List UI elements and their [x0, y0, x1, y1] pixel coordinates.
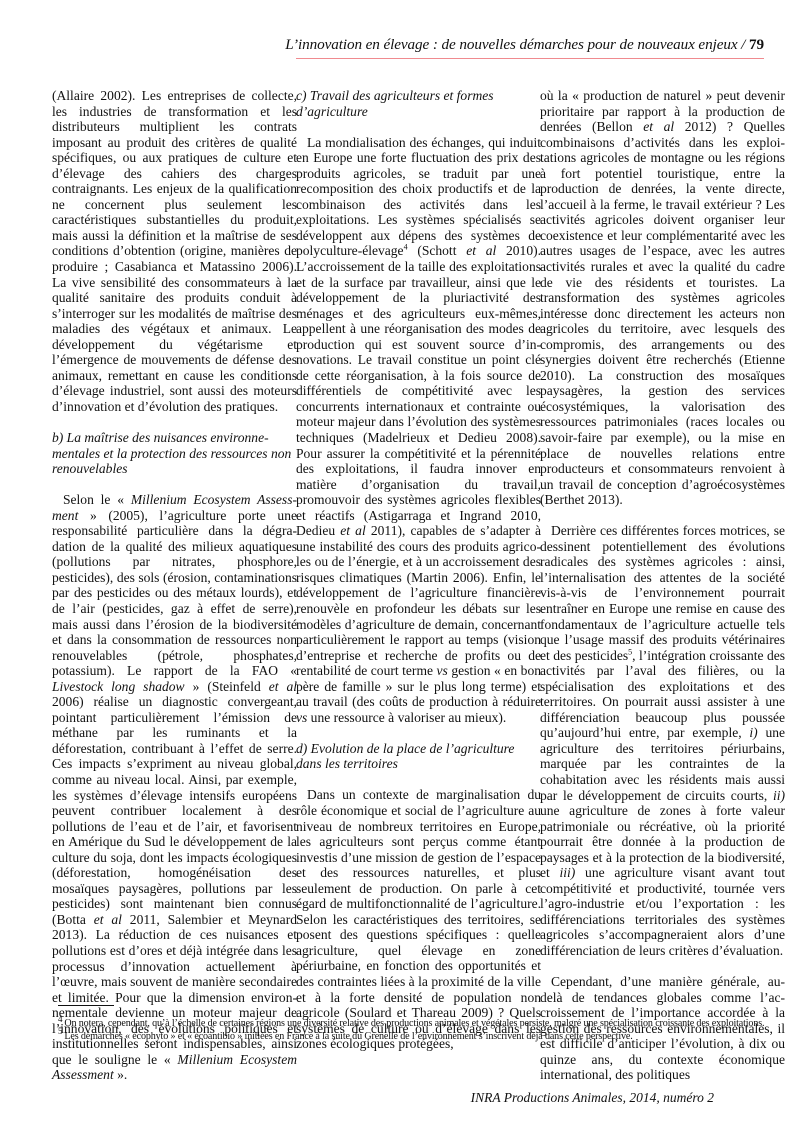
- footnote-text: On notera, cependant, qu’à l’échelle de …: [64, 1018, 764, 1029]
- paragraph: Dans un contexte de marginalisation du r…: [296, 787, 541, 1051]
- text-column-3: où la « production de naturel » peut dev…: [540, 88, 785, 1083]
- running-header: L’innovation en élevage : de nouvelles d…: [296, 36, 764, 59]
- header-title-text: L’innovation en élevage : de nouvelles d…: [285, 36, 745, 53]
- italic-etal: et al: [466, 243, 496, 258]
- text-run: La mondialisation des échanges, qui indu…: [296, 135, 541, 259]
- section-heading-c: c) Travail des agriculteurs et formes d’…: [296, 88, 541, 119]
- footnote-text: Les démarches « écophyto » et « écoantib…: [64, 1031, 632, 1042]
- text-run: 2011, Salembier et Meynard 2013). La réd…: [52, 912, 297, 1067]
- section-heading-d: d) Evolution de la place de l’agricultur…: [296, 741, 541, 772]
- footnote-number: 5: [58, 1026, 62, 1036]
- italic-vs: vs: [296, 710, 307, 725]
- text-column-1: (Allaire 2002). Les entreprises de col­l…: [52, 88, 297, 1083]
- italic-etal: et al: [643, 119, 674, 134]
- paragraph: Derrière ces différentes forces motrices…: [540, 523, 785, 958]
- page-number: 79: [749, 36, 764, 53]
- footnote-divider: [58, 1005, 114, 1006]
- journal-footer: INRA Productions Animales, 2014, numéro …: [471, 1090, 714, 1106]
- section-heading-b: b) La maîtrise des nuisances environne­m…: [52, 430, 297, 477]
- running-header-title: L’innovation en élevage : de nouvelles d…: [285, 36, 764, 54]
- italic-enum: ii): [773, 788, 785, 803]
- text-run: ».: [114, 1067, 128, 1082]
- text-run: une agriculture visant avant tout compét…: [540, 865, 785, 958]
- italic-etal: et al: [269, 679, 297, 694]
- paragraph: où la « production de naturel » peut dev…: [540, 88, 785, 508]
- footnote-5: 5Les démarches « écophyto » et « écoanti…: [58, 1031, 770, 1044]
- text-column-2: c) Travail des agriculteurs et formes d’…: [296, 88, 541, 1052]
- paragraph: Selon le « Millenium Ecosystem Assess­me…: [52, 492, 297, 1083]
- italic-etal: et al: [340, 523, 365, 538]
- text-run: 2012) ? Quelles combinaisons d’activités…: [540, 119, 785, 507]
- text-run: Derrière ces différentes forces motrices…: [540, 523, 785, 662]
- italic-title: Livestock long sha­dow: [52, 679, 185, 694]
- italic-enum: i): [749, 725, 757, 740]
- paragraph: (Allaire 2002). Les entreprises de col­l…: [52, 88, 297, 414]
- text-run: » (Steinfeld: [185, 679, 269, 694]
- footnote-4: 4On notera, cependant, qu’à l’échelle de…: [58, 1018, 770, 1031]
- text-run: une ressource à valoriser au mieux).: [307, 710, 506, 725]
- text-run: Selon le «: [63, 492, 131, 507]
- italic-enum: iii): [560, 865, 576, 880]
- text-run: » (2005), l’agriculture porte une respon…: [52, 508, 297, 678]
- footnote-number: 4: [58, 1014, 62, 1024]
- text-run: 2011), capables de s’adapter à une insta…: [296, 523, 541, 678]
- italic-vs: vs: [437, 663, 448, 678]
- text-run: 2006) réalise un diagnostic convergeant,…: [52, 694, 297, 927]
- paragraph: La mondialisation des échanges, qui indu…: [296, 135, 541, 726]
- italic-etal: et al: [94, 912, 122, 927]
- text-run: (Schott: [408, 243, 467, 258]
- footnotes: 4On notera, cependant, qu’à l’échelle de…: [58, 1018, 770, 1043]
- text-run: 2010). L’accroissement de la taille des …: [296, 243, 541, 538]
